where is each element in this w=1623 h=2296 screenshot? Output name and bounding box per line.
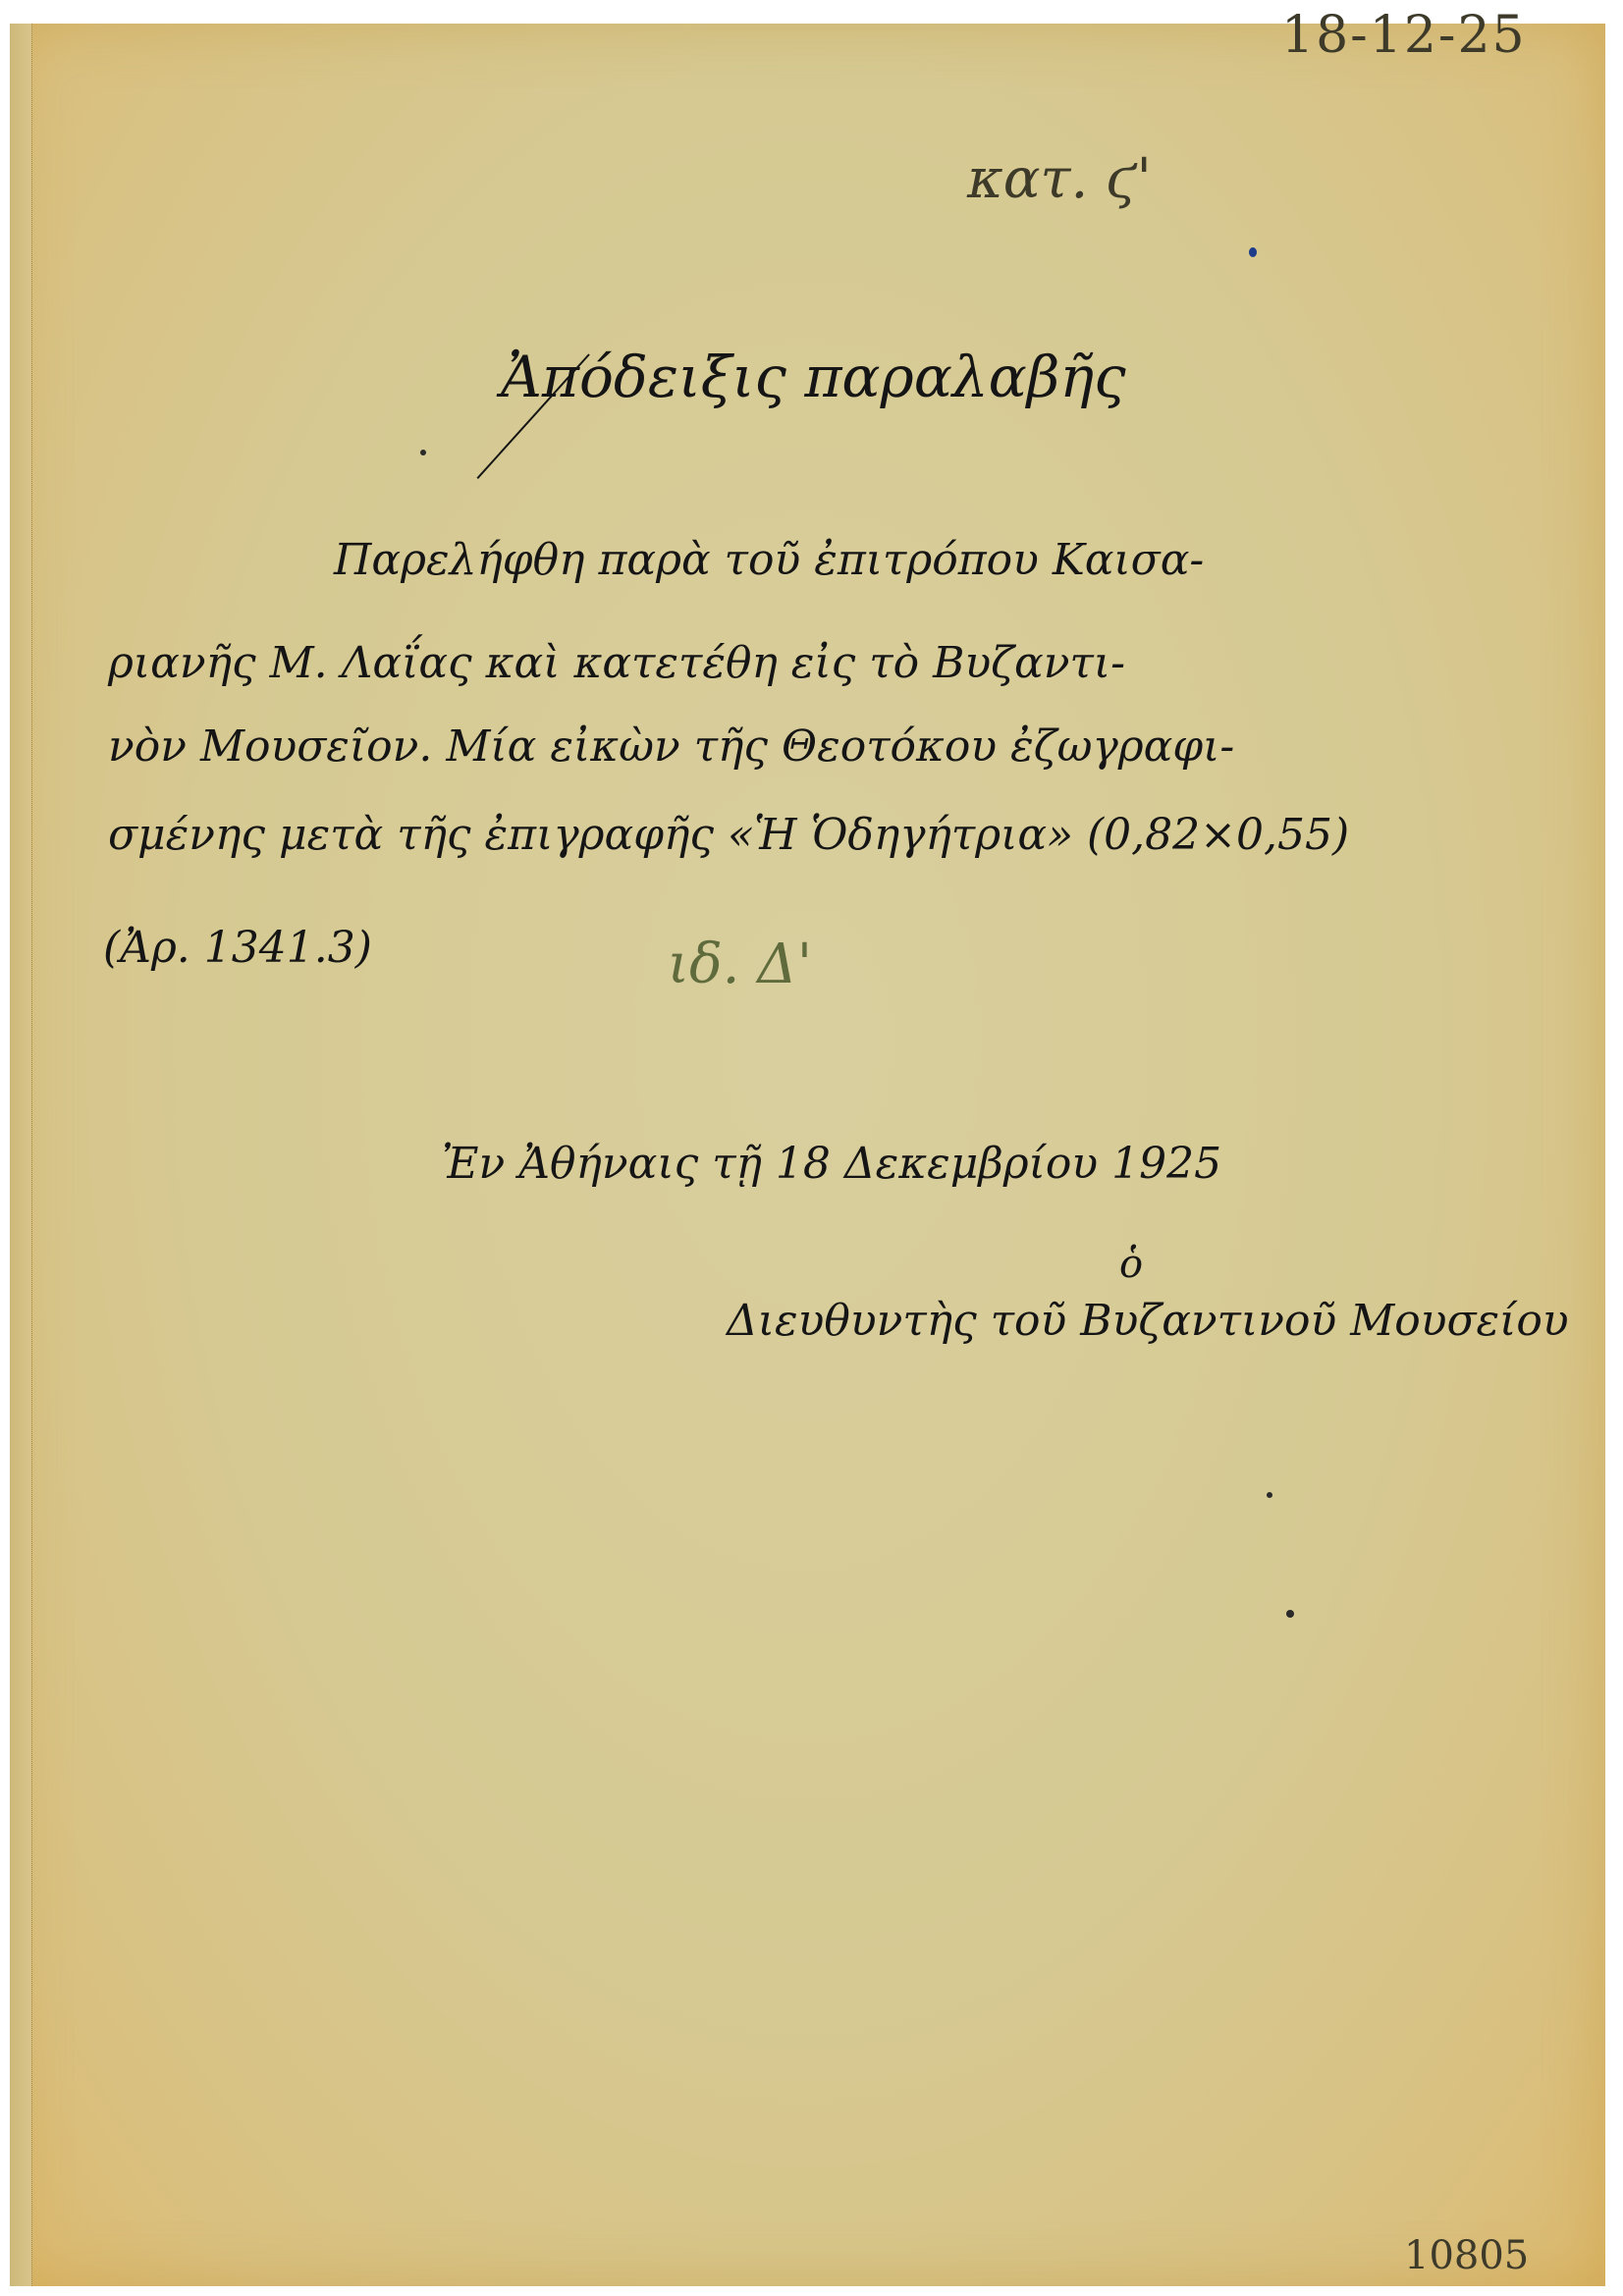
- archive-date-mark: 18-12-25: [1281, 6, 1527, 65]
- category-mark: κατ. ϛ': [967, 147, 1152, 211]
- signature-article: ὁ: [1119, 1242, 1143, 1287]
- body-line-2: ριανῆς Μ. Λαΐας καὶ κατετέθη εἰς τὸ Βυζα…: [108, 638, 1125, 688]
- body-line-3: νὸν Μουσεῖον. Μία εἰκὼν τῆς Θεοτόκου ἐζω…: [108, 721, 1234, 772]
- inventory-number: 10805: [1404, 2233, 1529, 2278]
- place-date-line: Ἐν Ἀθήναις τῇ 18 Δεκεμβρίου 1925: [442, 1139, 1221, 1189]
- body-line-4: σμένης μετὰ τῆς ἐπιγραφῆς «Ἡ Ὁδηγήτρια» …: [108, 810, 1349, 860]
- initials-mark: ιδ. Δ': [668, 933, 812, 996]
- document-title: Ἀπόδειξις παραλαβῆς: [501, 344, 1126, 410]
- ink-speck: [1267, 1492, 1272, 1498]
- ink-speck: [1286, 1610, 1294, 1618]
- signature: Διευθυντὴς τοῦ Βυζαντινοῦ Μουσείου: [727, 1296, 1569, 1346]
- reference-number: (Ἀρ. 1341.3): [103, 923, 372, 973]
- ink-speck: [1249, 247, 1257, 257]
- body-line-1: Παρελήφθη παρὰ τοῦ ἐπιτρόπου Καισα-: [334, 535, 1204, 585]
- ink-speck: [420, 450, 426, 455]
